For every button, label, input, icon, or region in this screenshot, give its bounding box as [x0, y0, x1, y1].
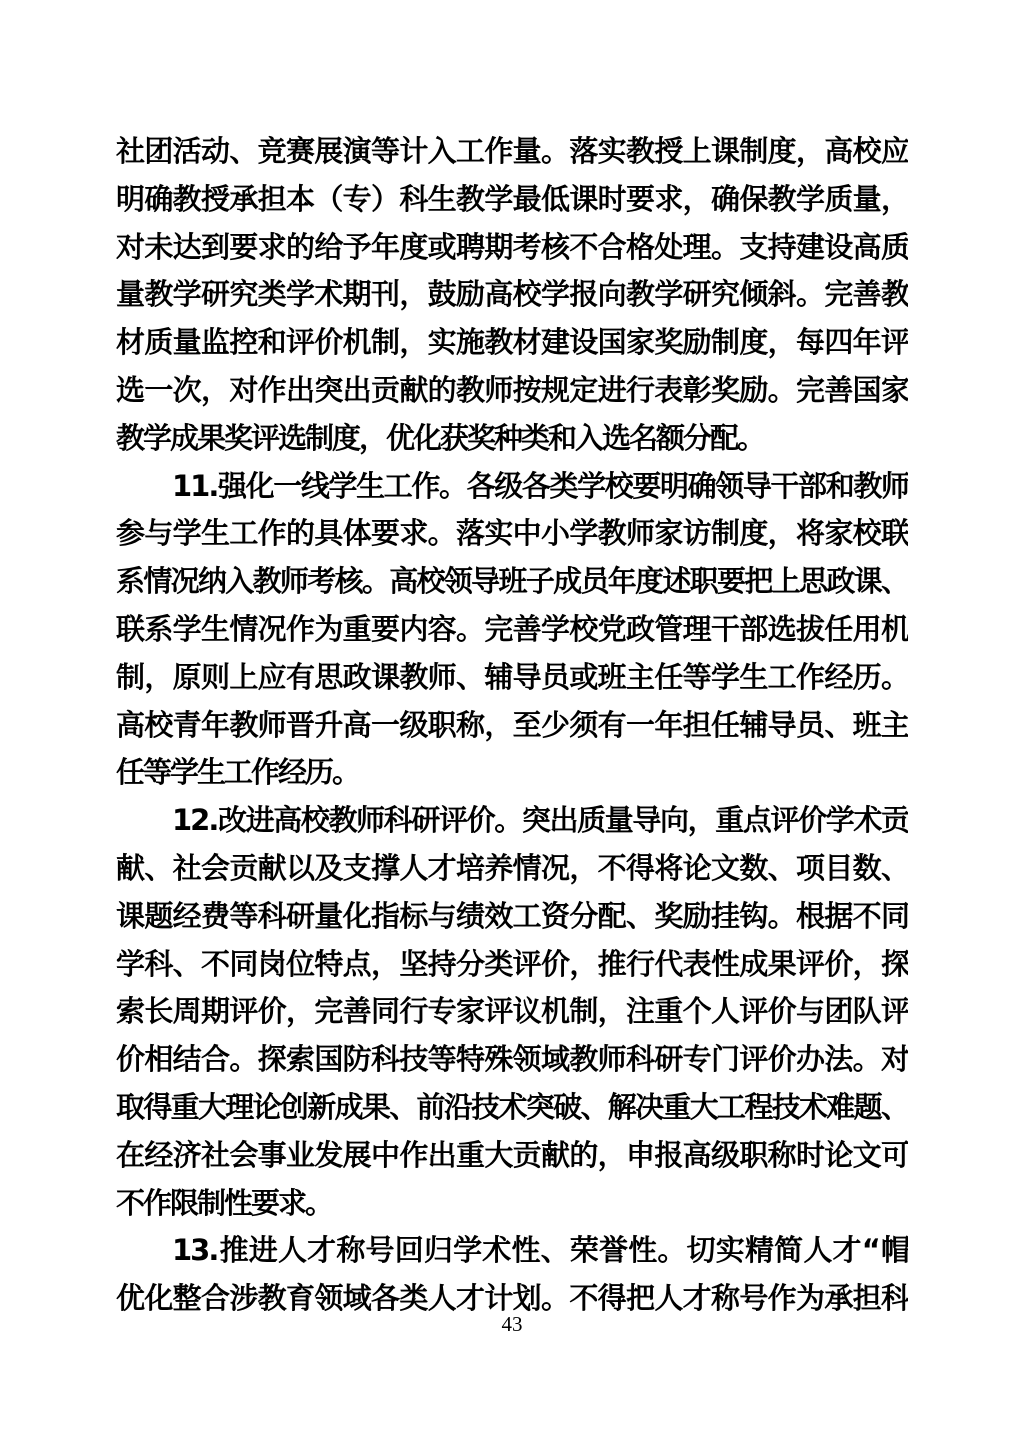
- text-line: 联系学生情况作为重要内容。完善学校党政管理干部选拔任用机: [116, 606, 908, 654]
- text-line: 材质量监控和评价机制，实施教材建设国家奖励制度，每四年评: [116, 319, 908, 367]
- page-number: 43: [0, 1312, 1024, 1337]
- text-line: 12.改进高校教师科研评价。突出质量导向，重点评价学术贡: [116, 797, 908, 845]
- text-line: 系情况纳入教师考核。高校领导班子成员年度述职要把上思政课、: [116, 558, 908, 606]
- text-line: 选一次，对作出突出贡献的教师按规定进行表彰奖励。完善国家: [116, 367, 908, 415]
- text-line: 索长周期评价，完善同行专家评议机制，注重个人评价与团队评: [116, 988, 908, 1036]
- text-line: 社团活动、竞赛展演等计入工作量。落实教授上课制度，高校应: [116, 128, 908, 176]
- text-line: 教学成果奖评选制度，优化获奖种类和入选名额分配。: [116, 415, 908, 463]
- text-line: 在经济社会事业发展中作出重大贡献的，申报高级职称时论文可: [116, 1132, 908, 1180]
- text-line: 11.强化一线学生工作。各级各类学校要明确领导干部和教师: [116, 463, 908, 511]
- text-line: 高校青年教师晋升高一级职称，至少须有一年担任辅导员、班主: [116, 702, 908, 750]
- text-line: 13.推进人才称号回归学术性、荣誉性。切实精简人才“帽子”，: [116, 1227, 908, 1275]
- text-line: 课题经费等科研量化指标与绩效工资分配、奖励挂钩。根据不同: [116, 893, 908, 941]
- body-text: 社团活动、竞赛展演等计入工作量。落实教授上课制度，高校应明确教授承担本（专）科生…: [116, 128, 908, 1323]
- text-line: 任等学生工作经历。: [116, 749, 908, 797]
- text-line: 价相结合。探索国防科技等特殊领域教师科研专门评价办法。对: [116, 1036, 908, 1084]
- text-line: 学科、不同岗位特点，坚持分类评价，推行代表性成果评价，探: [116, 941, 908, 989]
- text-line: 量教学研究类学术期刊，鼓励高校学报向教学研究倾斜。完善教: [116, 271, 908, 319]
- document-page: 社团活动、竞赛展演等计入工作量。落实教授上课制度，高校应明确教授承担本（专）科生…: [0, 0, 1024, 1446]
- text-line: 制，原则上应有思政课教师、辅导员或班主任等学生工作经历。: [116, 654, 908, 702]
- text-line: 明确教授承担本（专）科生教学最低课时要求，确保教学质量，: [116, 176, 908, 224]
- text-line: 不作限制性要求。: [116, 1180, 908, 1228]
- text-line: 参与学生工作的具体要求。落实中小学教师家访制度，将家校联: [116, 510, 908, 558]
- text-line: 献、社会贡献以及支撑人才培养情况，不得将论文数、项目数、: [116, 845, 908, 893]
- text-line: 取得重大理论创新成果、前沿技术突破、解决重大工程技术难题、: [116, 1084, 908, 1132]
- text-line: 对未达到要求的给予年度或聘期考核不合格处理。支持建设高质: [116, 224, 908, 272]
